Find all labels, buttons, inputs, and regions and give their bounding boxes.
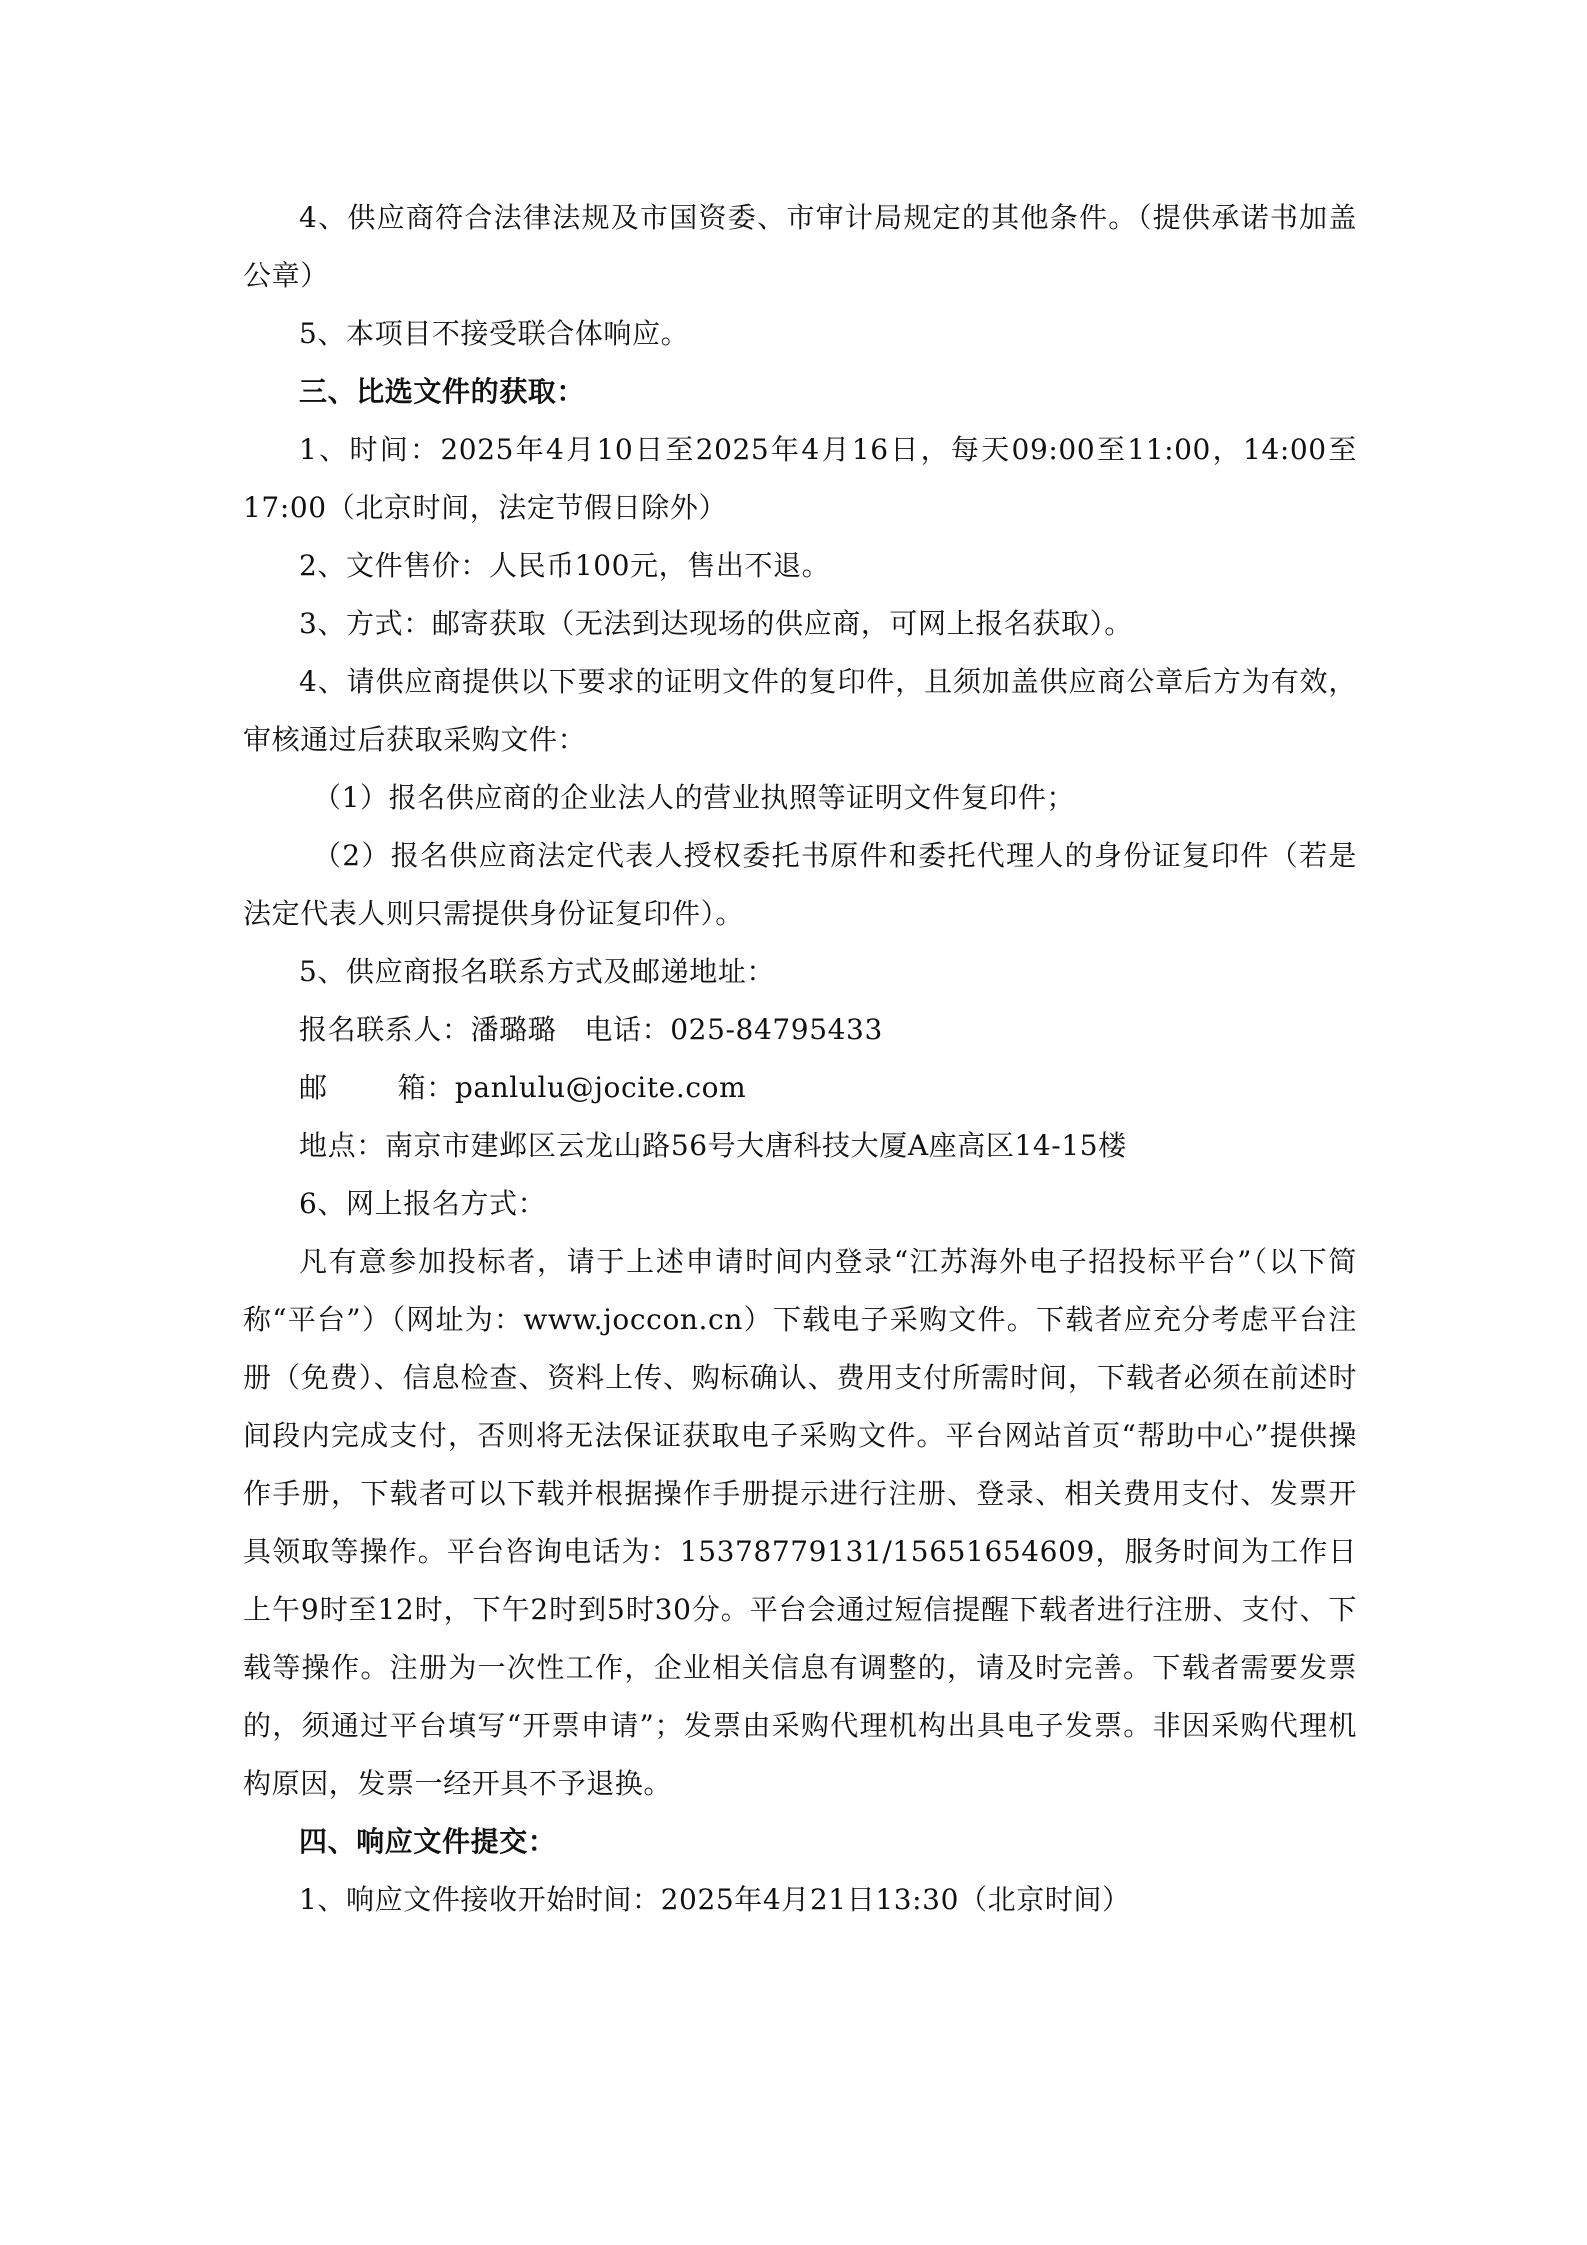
contact-email-line: 邮箱：panlulu@jocite.com bbox=[243, 1059, 1357, 1117]
contact-phone: 025-84795433 bbox=[670, 1013, 883, 1046]
paragraph-online-registration-heading: 6、网上报名方式： bbox=[243, 1175, 1357, 1233]
contact-person-name: 潘璐璐 bbox=[471, 1013, 557, 1046]
contact-email-label-1: 邮 bbox=[299, 1071, 328, 1104]
section-heading-response-submission: 四、响应文件提交： bbox=[243, 1813, 1357, 1871]
contact-address-line: 地点：南京市建邺区云龙山路56号大唐科技大厦A座高区14-15楼 bbox=[243, 1117, 1357, 1175]
paragraph-acquisition-method: 3、方式：邮寄获取（无法到达现场的供应商，可网上报名获取）。 bbox=[243, 595, 1357, 653]
contact-person-line: 报名联系人：潘璐璐电话：025-84795433 bbox=[243, 1001, 1357, 1059]
paragraph-contact-heading: 5、供应商报名联系方式及邮递地址： bbox=[243, 943, 1357, 1001]
paragraph-acquisition-time: 1、时间：2025年4月10日至2025年4月16日，每天09:00至11:00… bbox=[243, 421, 1357, 537]
contact-address: 南京市建邺区云龙山路56号大唐科技大厦A座高区14-15楼 bbox=[385, 1129, 1127, 1162]
contact-phone-label: 电话： bbox=[584, 1013, 670, 1046]
document-page: 4、供应商符合法律法规及市国资委、市审计局规定的其他条件。（提供承诺书加盖公章）… bbox=[243, 189, 1357, 1929]
contact-email-label-2: 箱： bbox=[398, 1071, 455, 1104]
contact-person-label: 报名联系人： bbox=[299, 1013, 471, 1046]
paragraph-no-consortium: 5、本项目不接受联合体响应。 bbox=[243, 305, 1357, 363]
paragraph-required-doc-2: （2）报名供应商法定代表人授权委托书原件和委托代理人的身份证复印件（若是法定代表… bbox=[243, 827, 1357, 943]
paragraph-required-documents: 4、请供应商提供以下要求的证明文件的复印件，且须加盖供应商公章后方为有效，审核通… bbox=[243, 653, 1357, 769]
contact-email[interactable]: panlulu@jocite.com bbox=[455, 1071, 746, 1104]
contact-address-label: 地点： bbox=[299, 1129, 385, 1162]
paragraph-required-doc-1: （1）报名供应商的企业法人的营业执照等证明文件复印件； bbox=[243, 769, 1357, 827]
section-heading-document-acquisition: 三、比选文件的获取： bbox=[243, 363, 1357, 421]
paragraph-online-registration-body: 凡有意参加投标者，请于上述申请时间内登录“江苏海外电子招投标平台”（以下简称“平… bbox=[243, 1233, 1357, 1813]
paragraph-document-price: 2、文件售价：人民币100元，售出不退。 bbox=[243, 537, 1357, 595]
paragraph-response-start-time: 1、响应文件接收开始时间：2025年4月21日13:30（北京时间） bbox=[243, 1871, 1357, 1929]
paragraph-supplier-condition-4: 4、供应商符合法律法规及市国资委、市审计局规定的其他条件。（提供承诺书加盖公章） bbox=[243, 189, 1357, 305]
